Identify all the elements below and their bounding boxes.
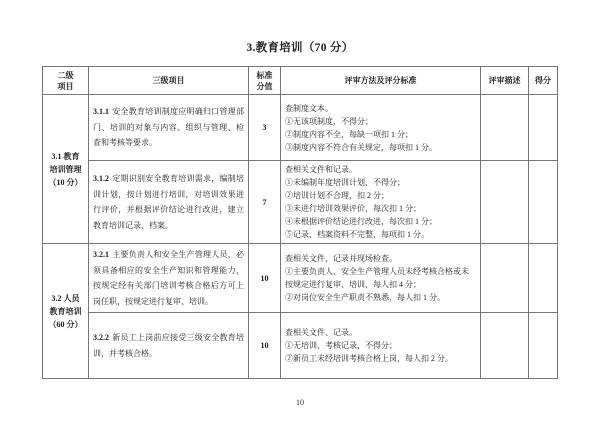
item-number: 3.1.2 bbox=[93, 174, 109, 183]
criteria-cell: 查制度文本。 ①无该项制度，不得分； ②制度内容不全，每缺一项扣 1 分； ③制… bbox=[281, 95, 481, 161]
col-header-standard-score: 标准 分值 bbox=[249, 67, 281, 95]
criteria-cell: 查相关文件和记录。 ①未编制年度培训计划，不得分； ②培训计划不合理，扣 2 分… bbox=[281, 161, 481, 244]
item-cell-3-1-2: 3.1.2定期识别安全教育培训需求，编制培训计划，按计划进行培训，对培训效果进行… bbox=[89, 161, 249, 244]
table-row: 3.1.2定期识别安全教育培训需求，编制培训计划，按计划进行培训，对培训效果进行… bbox=[43, 161, 558, 244]
criteria-cell: 查相关文件、记录并现场检查。 ①主要负责人、安全生产管理人员未经考核合格或未按规… bbox=[281, 244, 481, 313]
review-description-cell bbox=[481, 161, 529, 244]
assessment-table: 二级 项目 三级项目 标准 分值 评审方法及评分标准 评审描述 得分 3.1 教… bbox=[42, 66, 558, 379]
item-cell-3-2-1: 3.2.1主要负责人和安全生产管理人员，必须具备相应的安全生产知识和管理能力，按… bbox=[89, 244, 249, 313]
item-cell-3-2-2: 3.2.2新员工上岗前应接受三级安全教育培训，并考核合格。 bbox=[89, 313, 249, 379]
header-row: 二级 项目 三级项目 标准 分值 评审方法及评分标准 评审描述 得分 bbox=[43, 67, 558, 95]
review-description-cell bbox=[481, 313, 529, 379]
level2-cell-3-2: 3.2 人员 教育培训 （60 分） bbox=[43, 244, 89, 379]
item-text: 定期识别安全教育培训需求，编制培训计划，按计划进行培训，对培训效果进行评价，并根… bbox=[93, 174, 244, 230]
col-header-level3: 三级项目 bbox=[89, 67, 249, 95]
table-row: 3.1 教育 培训管理 （10 分） 3.1.1安全教育培训制度应明确归口管理部… bbox=[43, 95, 558, 161]
table-row: 3.2.2新员工上岗前应接受三级安全教育培训，并考核合格。 10 查相关文件、记… bbox=[43, 313, 558, 379]
review-description-cell bbox=[481, 244, 529, 313]
col-header-level2: 二级 项目 bbox=[43, 67, 89, 95]
standard-score-cell: 10 bbox=[249, 313, 281, 379]
col-header-score: 得分 bbox=[529, 67, 558, 95]
item-text: 安全教育培训制度应明确归口管理部门、培训的对象与内容、组织与管理、检查和考核等要… bbox=[93, 107, 244, 147]
col-header-review-description: 评审描述 bbox=[481, 67, 529, 95]
page-number: 10 bbox=[0, 398, 600, 408]
item-text: 新员工上岗前应接受三级安全教育培训，并考核合格。 bbox=[93, 333, 244, 358]
review-description-cell bbox=[481, 95, 529, 161]
item-number: 3.2.1 bbox=[93, 250, 109, 259]
level2-cell-3-1: 3.1 教育 培训管理 （10 分） bbox=[43, 95, 89, 244]
col-header-criteria: 评审方法及评分标准 bbox=[281, 67, 481, 95]
item-text: 主要负责人和安全生产管理人员，必须具备相应的安全生产知识和管理能力，按规定经有关… bbox=[93, 250, 244, 306]
criteria-cell: 查相关文件、记录。 ①无培训、考核记录，不得分； ②新员工未经培训考核合格上岗，… bbox=[281, 313, 481, 379]
item-cell-3-1-1: 3.1.1安全教育培训制度应明确归口管理部门、培训的对象与内容、组织与管理、检查… bbox=[89, 95, 249, 161]
item-number: 3.1.1 bbox=[93, 107, 109, 116]
page-title: 3.教育培训（70 分） bbox=[0, 41, 600, 55]
item-number: 3.2.2 bbox=[93, 333, 109, 342]
score-cell bbox=[529, 161, 558, 244]
table-row: 3.2 人员 教育培训 （60 分） 3.2.1主要负责人和安全生产管理人员，必… bbox=[43, 244, 558, 313]
score-cell bbox=[529, 95, 558, 161]
standard-score-cell: 3 bbox=[249, 95, 281, 161]
standard-score-cell: 7 bbox=[249, 161, 281, 244]
standard-score-cell: 10 bbox=[249, 244, 281, 313]
score-cell bbox=[529, 244, 558, 313]
score-cell bbox=[529, 313, 558, 379]
